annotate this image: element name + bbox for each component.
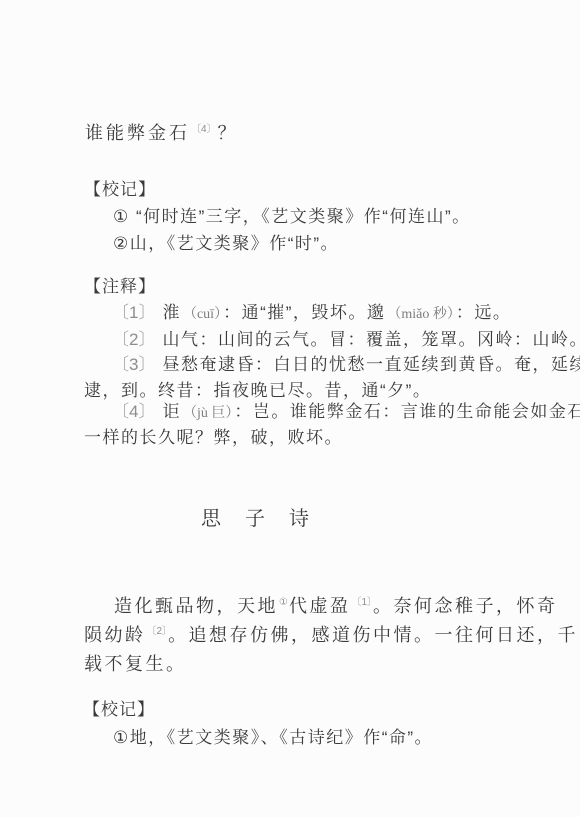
previous-poem-last-line: 谁能弊金石〔4〕？ (85, 122, 239, 148)
annotation-number-3: 〔3〕 (112, 355, 155, 374)
pinyin-miao: （miǎo 秒） (387, 307, 454, 322)
collation-ref-1: ① (279, 597, 288, 608)
poem-1-text-a: 造化甄品物，天地 (114, 596, 278, 616)
headline-text: 谁能弊金石 (85, 123, 190, 143)
book-page: 谁能弊金石〔4〕？ 【校记】 ① “何时连”三字，《艺文类聚》作“何连山”。 ②… (0, 0, 580, 817)
annotation-section-header: 【注释】 (84, 276, 156, 298)
annotation-item-4-line-2: 一样的长久呢？弊，破，败坏。 (84, 427, 343, 449)
annotation-1-text-c: ：远。 (456, 303, 512, 322)
annotation-ref-2: 〔2〕 (147, 626, 168, 637)
pinyin-cui: （cuī） (183, 307, 221, 322)
footnote-ref-4: 〔4〕 (191, 124, 217, 135)
annotation-4-text-b: ：岂。谁能弊金石：言谁的生命能会如金石 (234, 402, 580, 421)
poem-1-text-b: 代虚盈 (289, 596, 351, 616)
annotation-2-text: 山气：山间的云气。冒：覆盖，笼罩。冈岭：山岭。 (162, 330, 580, 349)
annotation-4-text-a: 讵 (162, 402, 181, 421)
collation-section-header: 【校记】 (84, 179, 156, 201)
annotation-item-4-line-1: 〔4〕讵（jù 巨）：岂。谁能弊金石：言谁的生命能会如金石 (112, 401, 580, 425)
collation-section-header-bottom: 【校记】 (83, 699, 155, 721)
annotation-item-1: 〔1〕淮（cuī）：通“摧”，毁坏。邈（miǎo 秒）：远。 (112, 302, 511, 326)
annotation-item-3-line-1: 〔3〕昼愁奄逮昏：白日的忧愁一直延续到黄昏。奄，延续。 (112, 354, 580, 376)
poem-title: 思 子 诗 (0, 502, 512, 531)
collation-item-1: ① “何时连”三字，《艺文类聚》作“何连山”。 (113, 206, 471, 228)
annotation-item-3-line-2: 逮，到。终昔：指夜晚已尽。昔，通“夕”。 (84, 380, 431, 402)
collation-bottom-item-1: ①地，《艺文类聚》、《古诗纪》作“命”。 (113, 727, 433, 749)
headline-punctuation: ？ (218, 123, 239, 143)
poem-line-3: 载不复生。 (84, 653, 187, 675)
annotation-number-2: 〔2〕 (112, 330, 155, 349)
poem-line-1: 造化甄品物，天地①代虚盈〔1〕。奈何念稚子，怀奇 (114, 595, 558, 621)
poem-2-text-a: 陨幼龄 (84, 625, 146, 645)
annotation-1-text-b: ：通“摧”，毁坏。邈 (223, 303, 385, 322)
annotation-1-text-a: 淮 (162, 303, 181, 322)
poem-1-text-c: 。奈何念稚子，怀奇 (373, 596, 558, 616)
collation-item-2: ②山，《艺文类聚》作“时”。 (113, 233, 339, 255)
annotation-number-1: 〔1〕 (112, 303, 155, 322)
annotation-item-2: 〔2〕山气：山间的云气。冒：覆盖，笼罩。冈岭：山岭。 (112, 329, 580, 351)
annotation-number-4: 〔4〕 (112, 402, 155, 421)
pinyin-ju: （jù 巨） (183, 406, 232, 421)
annotation-3-text-line1: 昼愁奄逮昏：白日的忧愁一直延续到黄昏。奄，延续。 (162, 355, 580, 374)
poem-2-text-b: 。追想存仿佛，感道伤中情。一往何日还，千 (168, 625, 578, 645)
poem-line-2: 陨幼龄〔2〕。追想存仿佛，感道伤中情。一往何日还，千 (84, 624, 578, 650)
annotation-ref-1: 〔1〕 (351, 597, 372, 608)
